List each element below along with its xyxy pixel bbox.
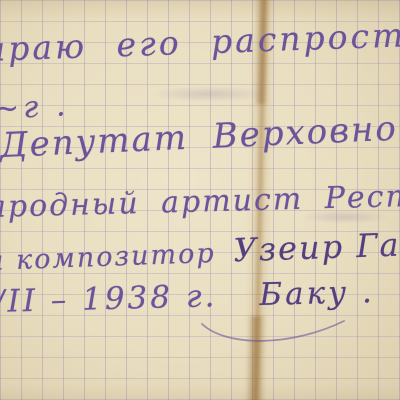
handwriting-line-2: ~г .	[0, 88, 70, 127]
ink-smudge	[150, 86, 270, 102]
date-text: /II – 1938 г.	[0, 278, 218, 320]
flourish-underline	[198, 318, 348, 352]
handwriting-line-5: и композиторУзеир Гаджи	[0, 223, 400, 278]
signature-uzeyir-hajibeyov: Узеир Гаджи	[233, 223, 400, 270]
handwriting-line-5-text: и композитор	[0, 238, 216, 277]
handwriting-line-date-place: /II – 1938 г.Баку .	[0, 274, 375, 320]
handwriting-line-1: ираю его распростр	[0, 14, 400, 69]
scanned-note: ираю его распростр ~г . Депутат Верховно…	[0, 0, 400, 400]
place-text: Баку .	[259, 274, 375, 313]
